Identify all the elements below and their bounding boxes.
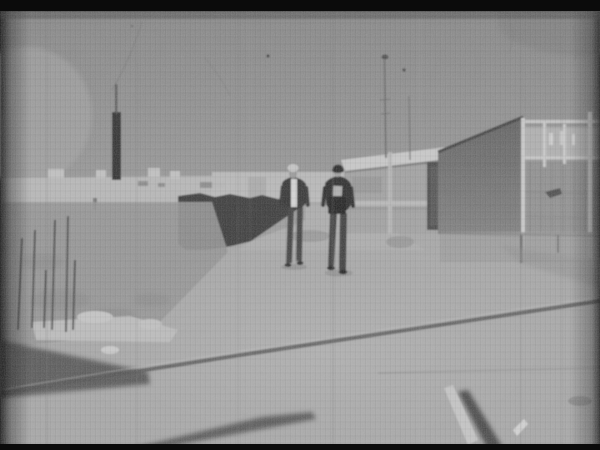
letterbox-top-bar (0, 0, 600, 11)
film-still (0, 0, 600, 450)
scene-canvas (0, 0, 600, 450)
blotch-overlay (0, 11, 600, 445)
letterbox-bottom-bar (0, 444, 600, 450)
